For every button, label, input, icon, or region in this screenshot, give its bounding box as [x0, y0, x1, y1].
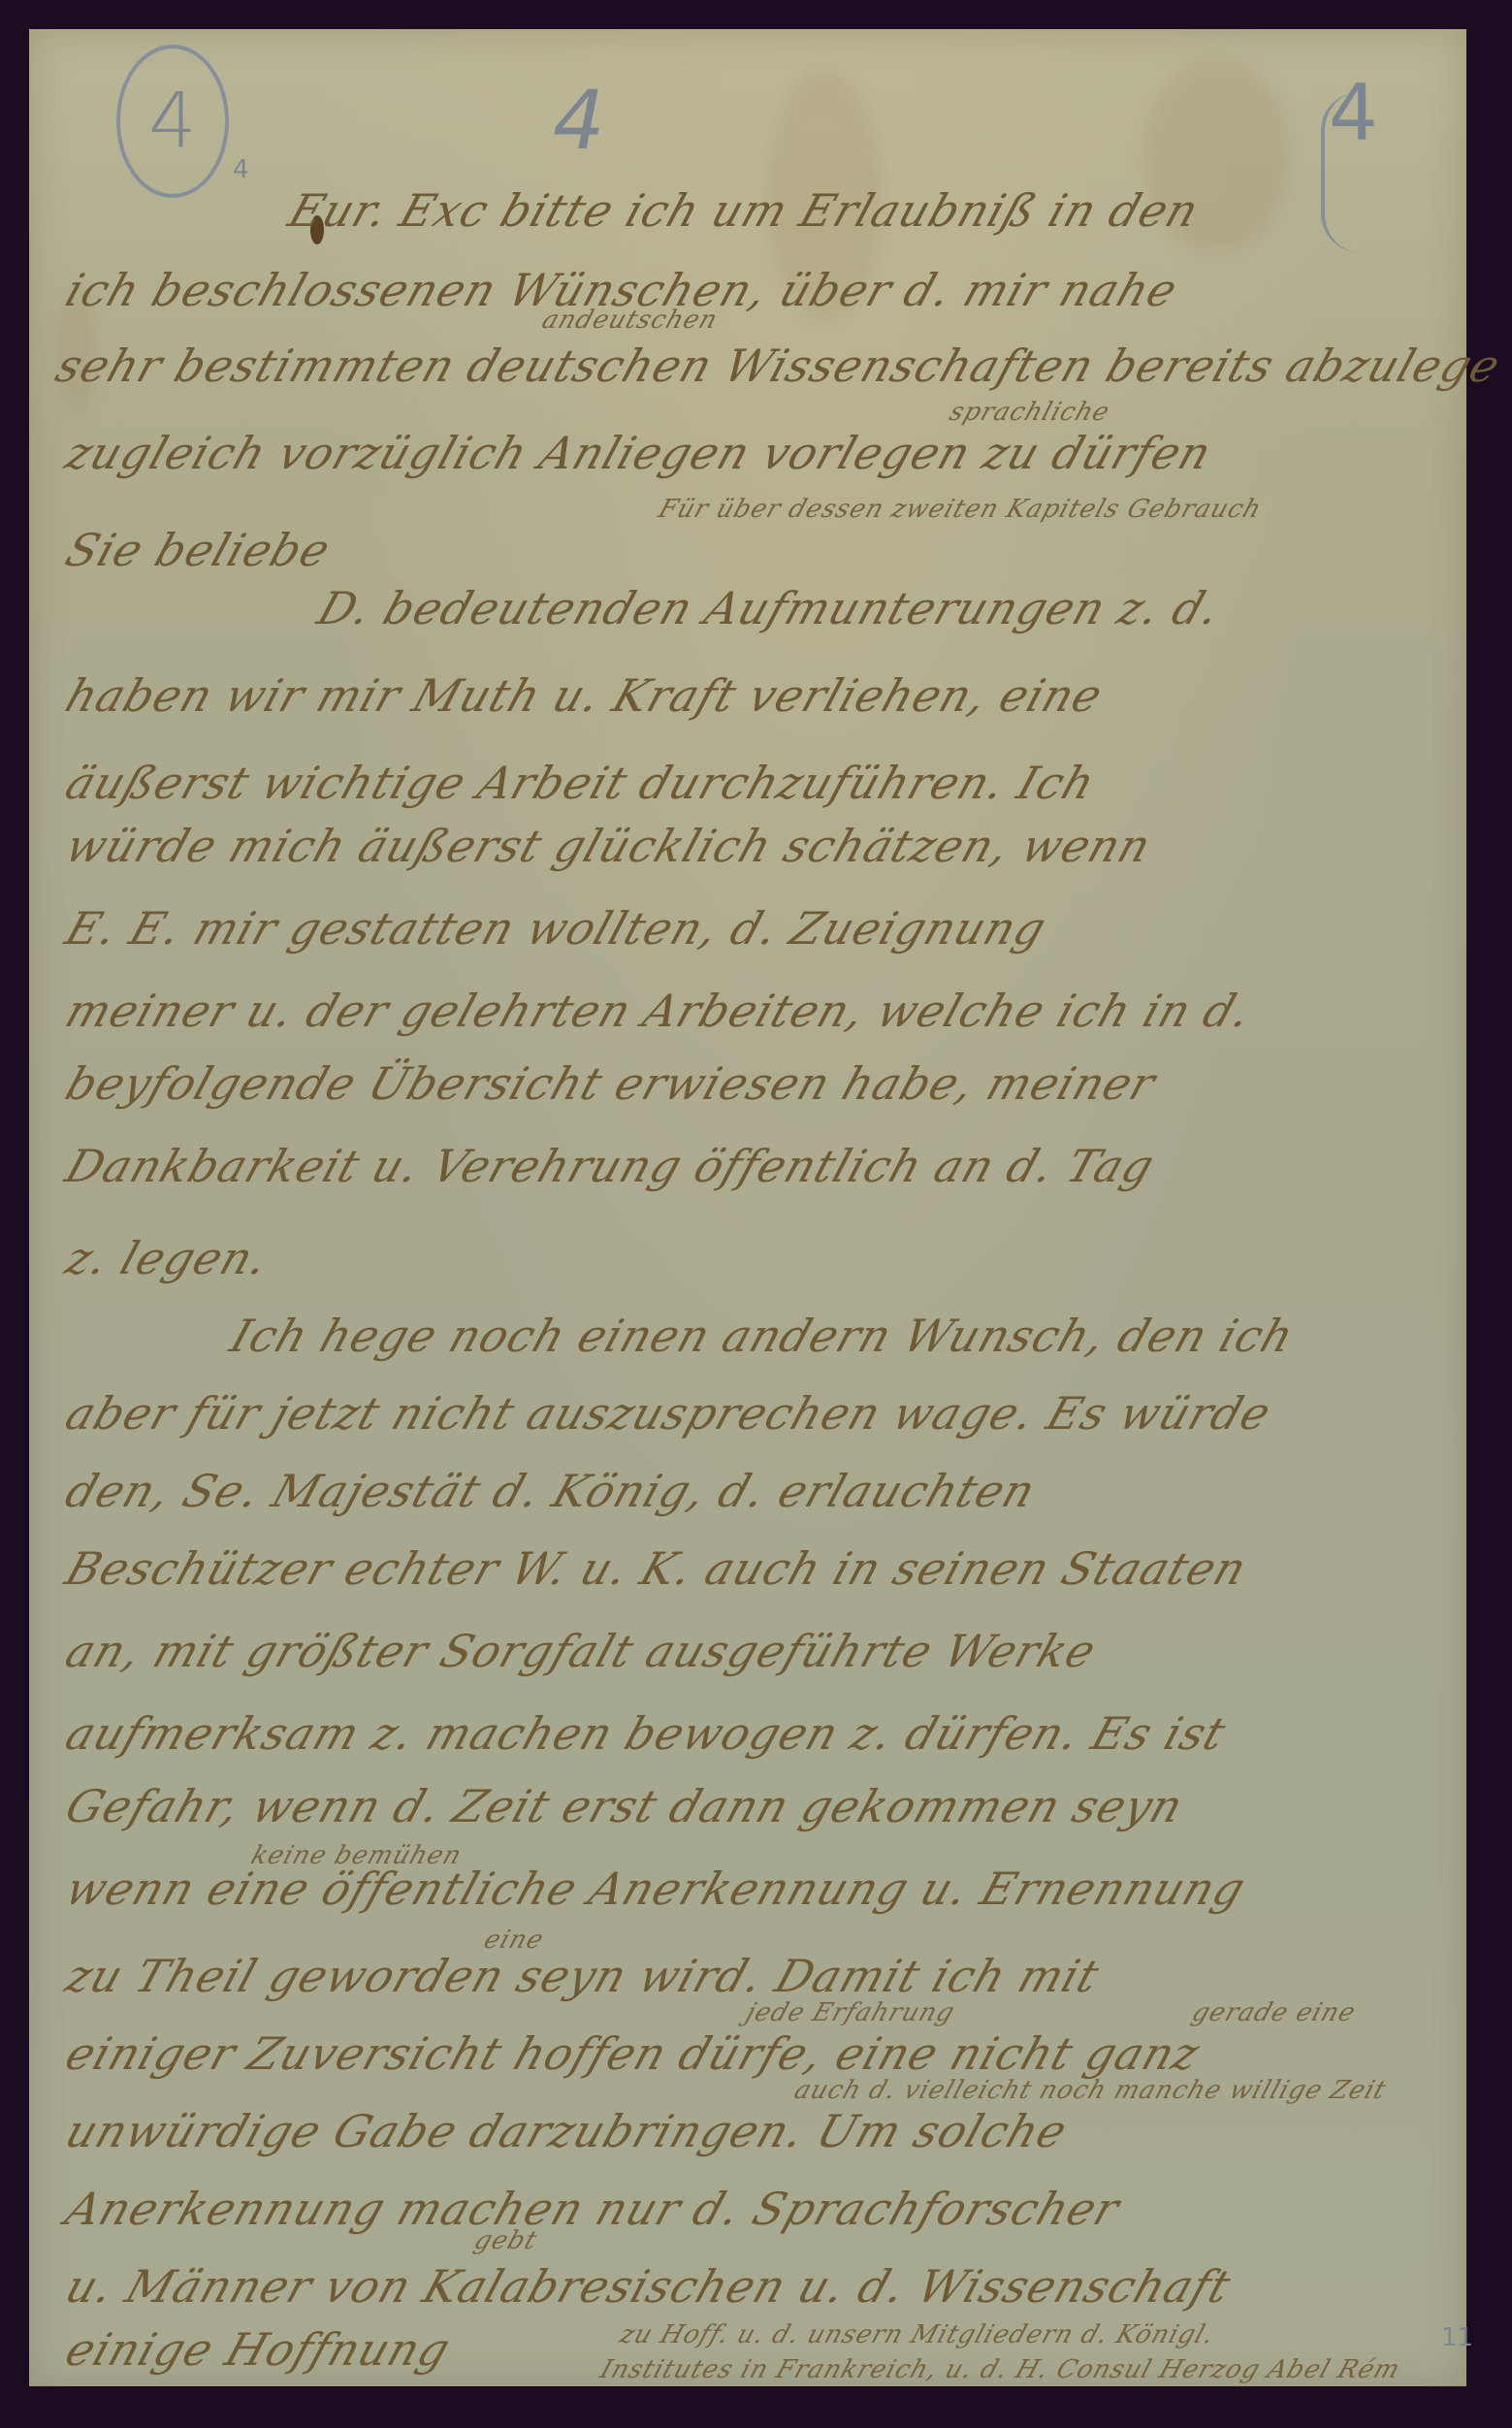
bottom-pencil-number: 11	[1441, 2323, 1473, 2352]
manuscript-line: D. bedeutenden Aufmunterungen z. d.	[311, 582, 1227, 634]
folio-superscript: 4	[233, 155, 249, 184]
manuscript-line: einige Hoffnung	[59, 2323, 457, 2376]
interlinear-note: andeutschen	[538, 306, 722, 335]
manuscript-line: Dankbarkeit u. Verehrung öffentlich an d…	[59, 1140, 1161, 1192]
manuscript-line: z. legen.	[59, 1232, 275, 1284]
folio-number-text: 4	[148, 78, 197, 165]
center-folio-number: 4	[553, 73, 604, 168]
interlinear-note: sprachliche	[946, 398, 1113, 427]
manuscript-line: einiger Zuversicht hoffen dürfe, eine ni…	[59, 2027, 1206, 2080]
footnote-line: Institutes in Frankreich, u. d. H. Consu…	[596, 2355, 1404, 2384]
footnote-line: zu Hoff. u. d. unsern Mitgliedern d. Kön…	[616, 2320, 1218, 2349]
manuscript-line: meiner u. der gelehrten Arbeiten, welche…	[59, 985, 1258, 1037]
manuscript-line: wenn eine öffentliche Anerkennung u. Ern…	[59, 1862, 1252, 1915]
manuscript-line: Sie beliebe	[59, 524, 338, 576]
manuscript-line: zu Theil geworden seyn wird. Damit ich m…	[59, 1950, 1106, 2002]
manuscript-line: würde mich äußerst glücklich schätzen, w…	[59, 820, 1158, 872]
manuscript-line: unwürdige Gabe darzubringen. Um solche	[59, 2105, 1074, 2157]
manuscript-line: den, Se. Majestät d. König, d. erlauchte…	[59, 1465, 1043, 1517]
right-folio-number: 4	[1329, 68, 1378, 158]
manuscript-line: u. Männer von Kalabresischen u. d. Wisse…	[59, 2260, 1238, 2313]
manuscript-line: aufmerksam z. machen bewogen z. dürfen. …	[59, 1707, 1233, 1760]
manuscript-line: äußerst wichtige Arbeit durchzuführen. I…	[59, 757, 1102, 809]
manuscript-line: Beschützer echter W. u. K. auch in seine…	[59, 1542, 1253, 1595]
manuscript-line: zugleich vorzüglich Anliegen vorlegen zu…	[59, 427, 1218, 479]
interlinear-note: auch d. vielleicht noch manche willige Z…	[790, 2076, 1390, 2105]
manuscript-line: E. E. mir gestatten wollten, d. Zueignun…	[59, 902, 1053, 955]
manuscript-line: aber für jetzt nicht auszusprechen wage.…	[59, 1387, 1277, 1440]
manuscript-line: sehr bestimmten deutschen Wissenschaften…	[49, 340, 1507, 392]
manuscript-line: Ich hege noch einen andern Wunsch, den i…	[224, 1310, 1301, 1362]
manuscript-line: Anerkennung machen nur d. Sprachforscher	[59, 2183, 1126, 2235]
manuscript-line: an, mit größter Sorgfalt ausgeführte Wer…	[59, 1625, 1103, 1677]
interlinear-note: gerade eine	[1188, 1998, 1360, 2027]
manuscript-line: Gefahr, wenn d. Zeit erst dann gekommen …	[59, 1780, 1190, 1832]
manuscript-line: haben wir mir Muth u. Kraft verliehen, e…	[59, 669, 1110, 722]
interlinear-note: gebt	[470, 2226, 541, 2255]
interlinear-note: jede Erfahrung	[742, 1998, 958, 2027]
interlinear-note: Für über dessen zweiten Kapitels Gebrauc…	[655, 495, 1266, 524]
circled-folio-number: 4	[116, 45, 229, 198]
manuscript-line: Eur. Exc bitte ich um Erlaubniß in den	[282, 184, 1206, 237]
manuscript-line: beyfolgende Übersicht erwiesen habe, mei…	[59, 1057, 1162, 1110]
